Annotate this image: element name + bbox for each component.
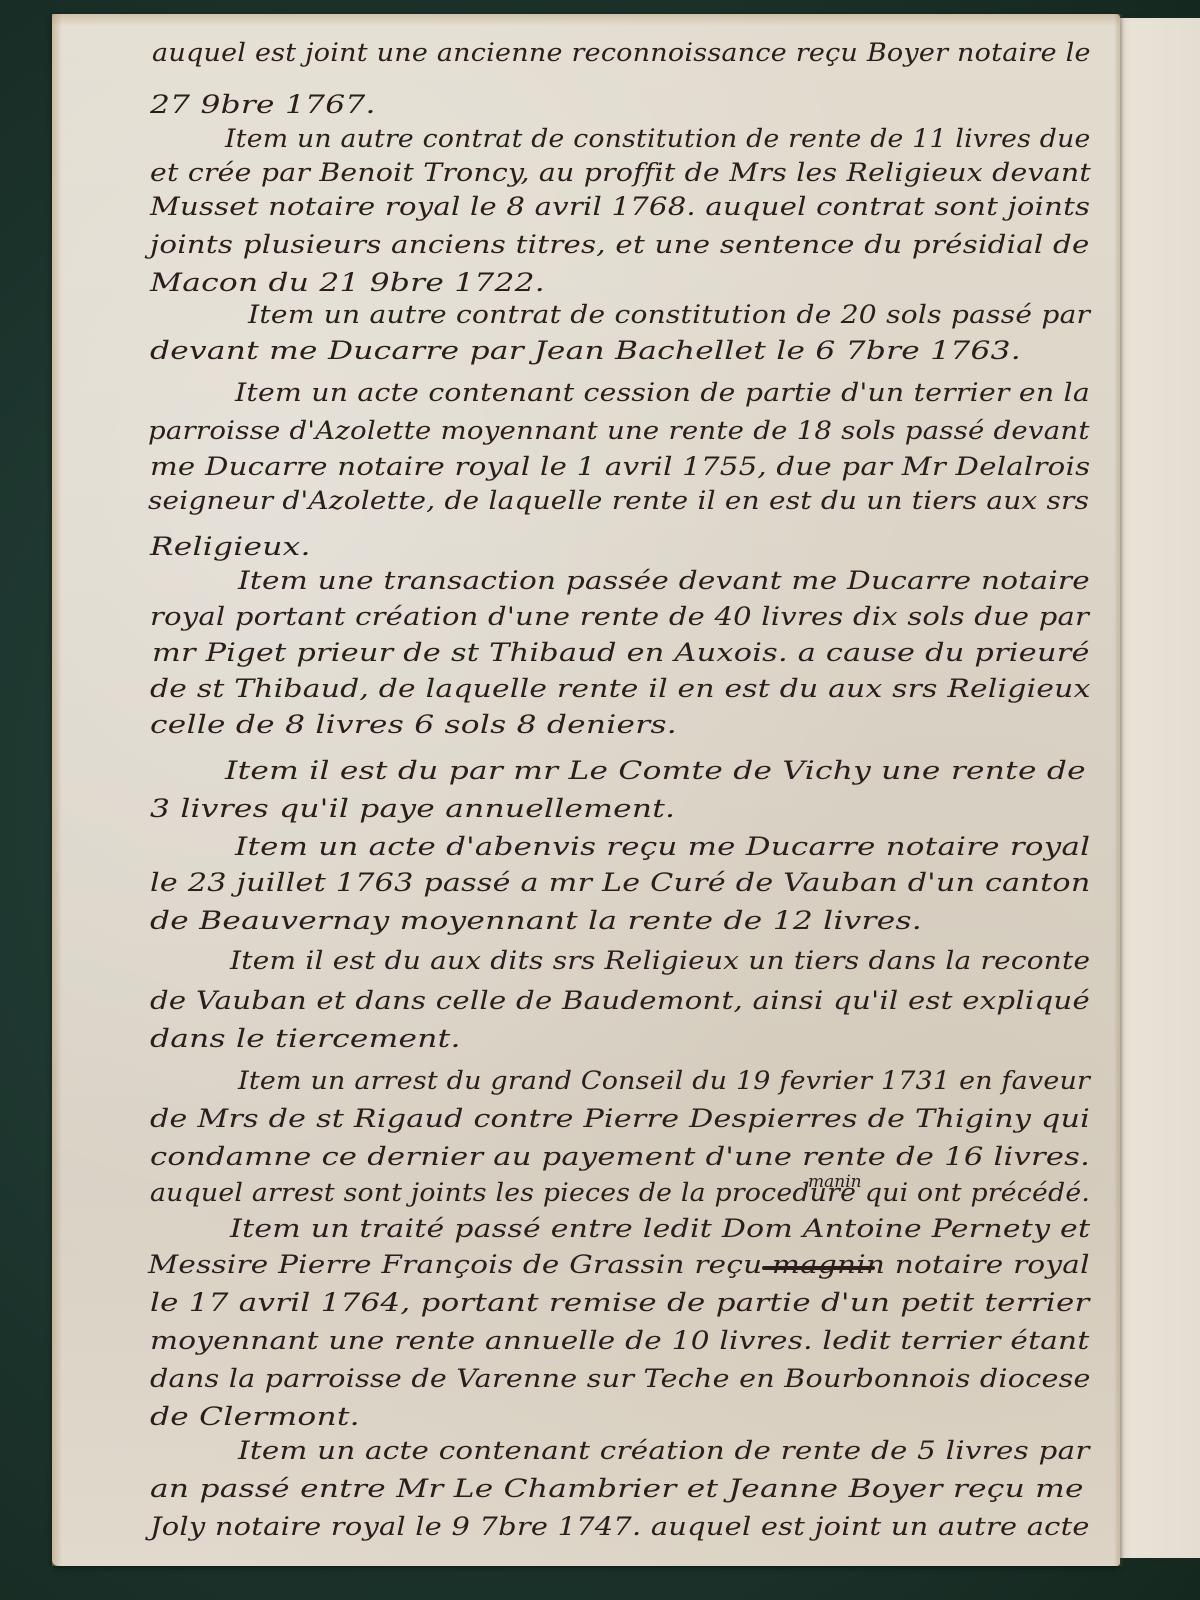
manuscript-line: de Mrs de st Rigaud contre Pierre Despie… [150, 1104, 1090, 1133]
manuscript-line: Messire Pierre François de Grassin reçu … [148, 1250, 1090, 1279]
manuscript-line: Religieux. [150, 532, 311, 561]
manuscript-line: Item un acte d'abenvis reçu me Ducarre n… [235, 832, 1090, 861]
manuscript-line: dans la parroisse de Varenne sur Teche e… [150, 1364, 1091, 1393]
manuscript-line: an passé entre Mr Le Chambrier et Jeanne… [150, 1474, 1084, 1503]
manuscript-line: Musset notaire royal le 8 avril 1768. au… [150, 192, 1090, 221]
manuscript-line: dans le tiercement. [150, 1024, 461, 1053]
manuscript-line: Item il est du aux dits srs Religieux un… [230, 946, 1090, 975]
manuscript-line: celle de 8 livres 6 sols 8 deniers. [150, 710, 677, 739]
manuscript-line: de st Thibaud, de laquelle rente il en e… [150, 674, 1091, 703]
manuscript-line: et crée par Benoit Troncy, au proffit de… [150, 158, 1091, 187]
manuscript-line: condamne ce dernier au payement d'une re… [150, 1142, 1090, 1171]
manuscript-line: Item un traité passé entre ledit Dom Ant… [230, 1214, 1090, 1243]
strikethrough-mark [762, 1266, 875, 1270]
manuscript-page: auquel est joint une ancienne reconnoiss… [52, 14, 1120, 1566]
manuscript-line: de Vauban et dans celle de Baudemont, ai… [150, 986, 1090, 1015]
manuscript-line: Item un autre contrat de constitution de… [225, 124, 1090, 153]
manuscript-line: Item il est du par mr Le Comte de Vichy … [225, 756, 1086, 785]
manuscript-line: Joly notaire royal le 9 7bre 1747. auque… [150, 1512, 1090, 1541]
manuscript-line: joints plusieurs anciens titres, et une … [150, 230, 1090, 259]
manuscript-line: mr Piget prieur de st Thibaud en Auxois.… [152, 638, 1090, 667]
manuscript-line: devant me Ducarre par Jean Bachellet le … [150, 336, 1021, 365]
manuscript-line: Item une transaction passée devant me Du… [238, 566, 1090, 595]
manuscript-line: me Ducarre notaire royal le 1 avril 1755… [150, 452, 1090, 481]
handwritten-text-block: auquel est joint une ancienne reconnoiss… [52, 14, 1120, 1566]
interlinear-insertion: manin [808, 1172, 862, 1192]
manuscript-line: Item un acte contenant création de rente… [238, 1436, 1090, 1465]
manuscript-line: 27 9bre 1767. [150, 90, 376, 119]
manuscript-line: moyennant une rente annuelle de 10 livre… [150, 1326, 1089, 1355]
manuscript-line: 3 livres qu'il paye annuellement. [150, 794, 675, 823]
manuscript-line: auquel est joint une ancienne reconnoiss… [152, 38, 1091, 67]
manuscript-line: royal portant création d'une rente de 40… [150, 602, 1089, 631]
folded-second-sheet [1112, 18, 1200, 1558]
manuscript-line: de Clermont. [150, 1402, 360, 1431]
manuscript-line: seigneur d'Azolette, de laquelle rente i… [148, 486, 1089, 515]
manuscript-line: parroisse d'Azolette moyennant une rente… [148, 416, 1090, 445]
manuscript-line: auquel arrest sont joints les pieces de … [150, 1178, 1090, 1207]
manuscript-line: Item un acte contenant cession de partie… [235, 378, 1090, 407]
manuscript-line: le 17 avril 1764, portant remise de part… [150, 1288, 1090, 1317]
manuscript-line: Item un autre contrat de constitution de… [248, 300, 1090, 329]
manuscript-line: Item un arrest du grand Conseil du 19 fe… [238, 1066, 1090, 1095]
manuscript-line: le 23 juillet 1763 passé a mr Le Curé de… [150, 868, 1091, 897]
manuscript-line: Macon du 21 9bre 1722. [150, 268, 545, 297]
manuscript-line: de Beauvernay moyennant la rente de 12 l… [150, 906, 922, 935]
